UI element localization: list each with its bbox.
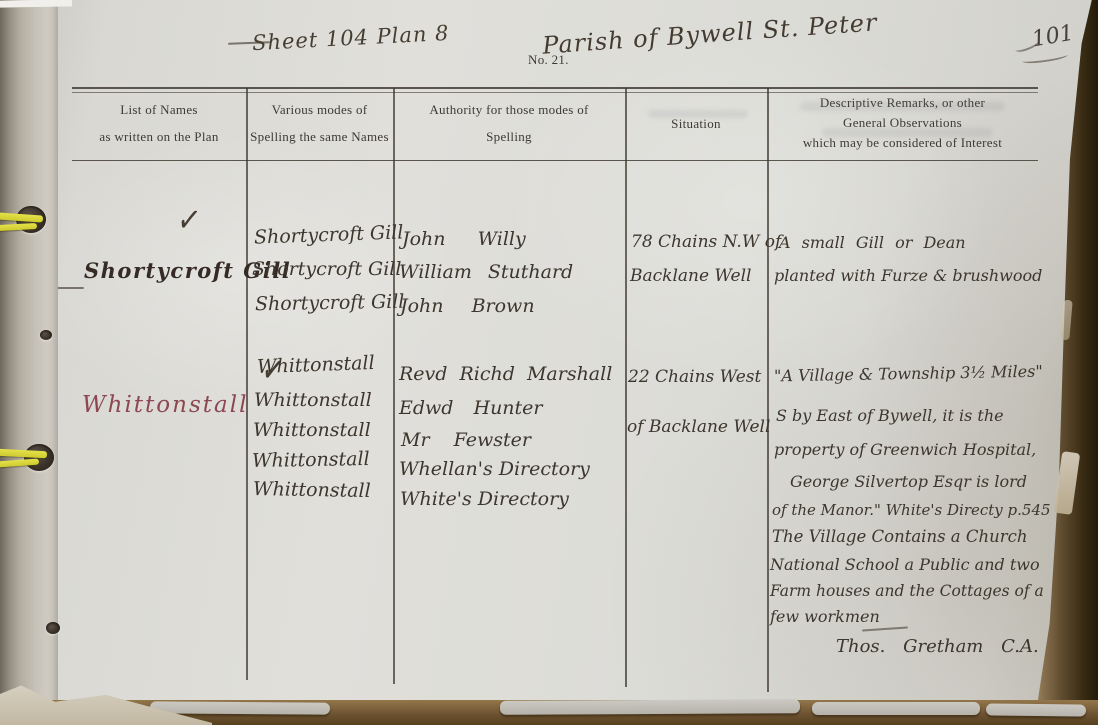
spelling-row2-5: Whittonstall (253, 480, 371, 501)
column-divider-1 (246, 88, 248, 680)
workmen-strike-mark (862, 626, 908, 631)
bleedthrough-smudge (800, 102, 1005, 111)
column-divider-4 (767, 88, 769, 692)
page-top-edge (0, 0, 72, 8)
column-header-situation: Situation (625, 117, 767, 130)
spelling-row2-4: Whittonstall (252, 450, 370, 471)
column-header-names-line1: List of Names (72, 103, 246, 116)
remarks-row2-line7: National School a Public and two (770, 557, 1040, 573)
punch-hole-small (46, 622, 60, 634)
column-header-spelling-modes: Various modes of Spelling the same Names (246, 103, 393, 143)
remarks-row2-line4: George Silvertop Esqr is lord (790, 474, 1027, 490)
authority-row2-2: Edwd Hunter (399, 399, 543, 418)
table-rule-top-thin (72, 92, 1038, 93)
spelling-row2-1: Whittonstall (257, 354, 375, 377)
remarks-row2-line9: few workmen (770, 609, 880, 625)
examiner-signature: Thos. Gretham C.A. (836, 638, 1039, 656)
authority-row2-5: White's Directory (400, 490, 569, 509)
remarks-row2-line3: property of Greenwich Hospital, (774, 442, 1036, 458)
situation-row2-line1: 22 Chains West (628, 369, 761, 386)
spelling-row1-3: Shortycroft Gill (255, 293, 405, 315)
situation-row2-line2: of Backlane Well (627, 419, 770, 436)
spelling-row1-1: Shortycroft Gill (254, 223, 404, 247)
remarks-row2-line2: S by East of Bywell, it is the (776, 408, 1004, 424)
remarks-row2-line6: The Village Contains a Church (772, 529, 1028, 546)
authority-row1-3: John Brown (400, 297, 535, 316)
authority-row2-4: Whellan's Directory (399, 460, 590, 479)
remarks-row2-line5: of the Manor." White's Directy p.545 (772, 503, 1051, 518)
remarks-row1-line2: planted with Furze & brushwood (774, 268, 1042, 284)
bleedthrough-smudge (822, 128, 992, 137)
authority-row2-1: Revd Richd Marshall (399, 365, 612, 384)
table-rule-header-bottom (72, 160, 1038, 161)
page-number-underline (1022, 51, 1069, 65)
spelling-row1-2: Shortycroft Gill (252, 260, 401, 279)
page-number: 101 (1030, 23, 1075, 52)
parish-title: Parish of Bywell St. Peter (542, 10, 879, 57)
spelling-row2-3: Whittonstall (253, 421, 371, 440)
column-divider-2 (393, 88, 395, 684)
under-page-edge (500, 699, 800, 715)
name-book-page-scan: Sheet 104 Plan 8 No. 21. Parish of Bywel… (0, 0, 1098, 725)
remarks-row2-line8: Farm houses and the Cottages of a (770, 584, 1044, 600)
under-page-edge (150, 701, 330, 714)
remarks-row2-line1: "A Village & Township 3½ Miles" (774, 364, 1043, 385)
situation-row1-line2: Backlane Well (630, 268, 751, 285)
table-rule-top-thick (72, 87, 1038, 89)
authority-row2-3: Mr Fewster (401, 431, 531, 450)
column-header-spelling-line2: Spelling the same Names (246, 130, 393, 143)
under-page-edge (812, 702, 980, 715)
column-header-spelling-line1: Various modes of (246, 103, 393, 116)
bleedthrough-smudge (648, 110, 748, 118)
binding-strip (0, 0, 58, 725)
checkmark-row1: ✓ (175, 202, 203, 240)
column-header-situation-line1: Situation (625, 117, 767, 130)
sheet-plan-label: Sheet 104 Plan 8 (252, 23, 450, 54)
authority-row1-1: John Willy (402, 230, 526, 249)
spelling-row2-2: Whittonstall (254, 391, 372, 410)
under-page-edge (986, 703, 1086, 716)
column-header-authority: Authority for those modes of Spelling (393, 103, 625, 143)
column-header-names-line2: as written on the Plan (72, 130, 246, 143)
remarks-row1-line1: A small Gill or Dean (779, 235, 966, 251)
column-header-authority-line2: Spelling (393, 130, 625, 143)
column-header-authority-line1: Authority for those modes of (393, 103, 625, 116)
column-divider-3 (625, 88, 627, 687)
punch-hole-small (40, 330, 52, 340)
situation-row1-line1: 78 Chains N.W of (631, 234, 781, 251)
column-header-remarks-line3: which may be considered of Interest (767, 136, 1038, 149)
column-header-names: List of Names as written on the Plan (72, 103, 246, 143)
authority-row1-2: William Stuthard (399, 263, 573, 282)
plan-name-row2: Whittonstall (82, 394, 248, 417)
